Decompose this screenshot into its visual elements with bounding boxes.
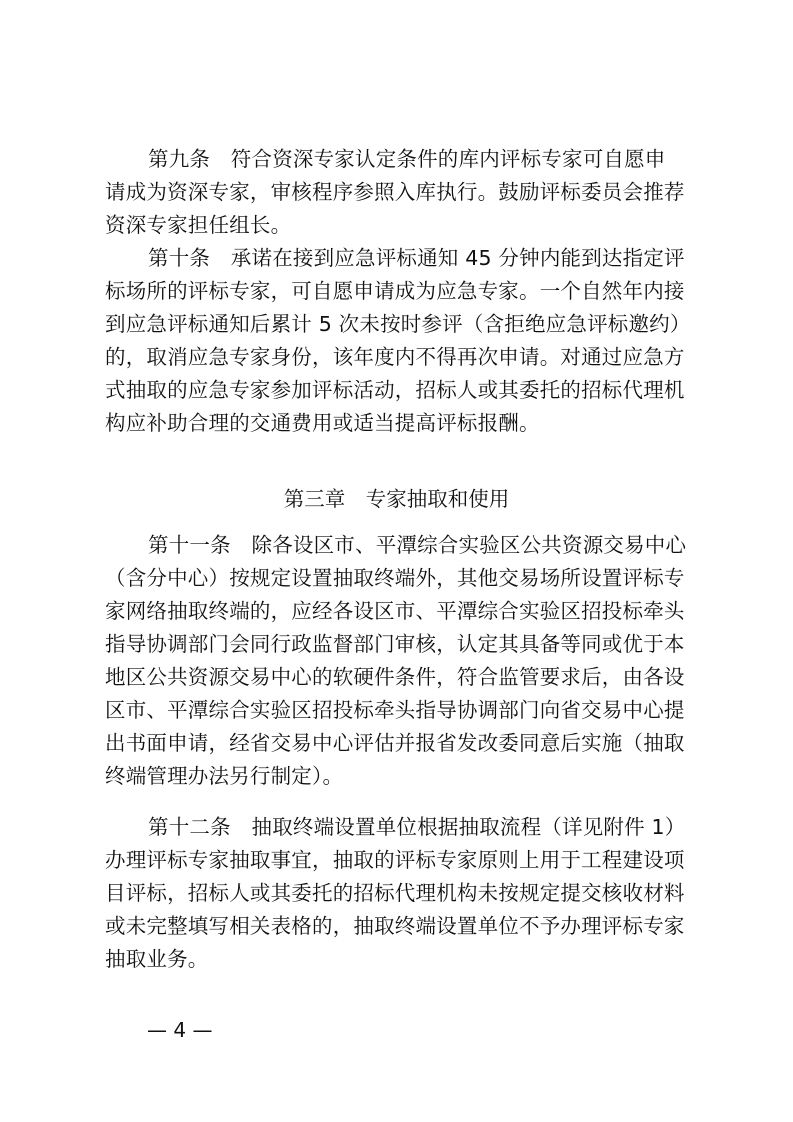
text-line: 地区公共资源交易中心的软硬件条件，符合监管要求后，由各设 xyxy=(105,661,695,694)
text-line: 办理评标专家抽取事宜，抽取的评标专家原则上用于工程建设项 xyxy=(105,844,695,877)
text-line: 资深专家担任组长。 xyxy=(105,209,695,242)
chapter-heading: 第三章 专家抽取和使用 xyxy=(0,483,793,516)
text-line: 家网络抽取终端的，应经各设区市、平潭综合实验区招投标牵头 xyxy=(105,595,695,628)
text-line: （含分中心）按规定设置抽取终端外，其他交易场所设置评标专 xyxy=(105,562,695,595)
text-line: 第十二条 抽取终端设置单位根据抽取流程（详见附件 1） xyxy=(148,811,738,844)
text-line: 第十一条 除各设区市、平潭综合实验区公共资源交易中心 xyxy=(148,529,738,562)
text-line: 指导协调部门会同行政监督部门审核，认定其具备等同或优于本 xyxy=(105,628,695,661)
text-line: 到应急评标通知后累计 5 次未按时参评（含拒绝应急评标邀约） xyxy=(105,308,695,341)
text-line: 终端管理办法另行制定）。 xyxy=(105,760,695,793)
text-line: 目评标，招标人或其委托的招标代理机构未按规定提交核收材料 xyxy=(105,877,695,910)
text-line: 第十条 承诺在接到应急评标通知 45 分钟内能到达指定评 xyxy=(148,242,738,275)
text-line: 抽取业务。 xyxy=(105,943,695,976)
text-line: 的，取消应急专家身份，该年度内不得再次申请。对通过应急方 xyxy=(105,341,695,374)
text-line: 出书面申请，经省交易中心评估并报省发改委同意后实施（抽取 xyxy=(105,727,695,760)
text-line: 第九条 符合资深专家认定条件的库内评标专家可自愿申 xyxy=(148,143,738,176)
document-page: 第九条 符合资深专家认定条件的库内评标专家可自愿申 请成为资深专家，审核程序参照… xyxy=(0,0,793,1122)
text-line: 区市、平潭综合实验区招投标牵头指导协调部门向省交易中心提 xyxy=(105,694,695,727)
text-line: 式抽取的应急专家参加评标活动，招标人或其委托的招标代理机 xyxy=(105,374,695,407)
page-number: — 4 — xyxy=(147,1014,212,1047)
text-line: 构应补助合理的交通费用或适当提高评标报酬。 xyxy=(105,407,695,440)
text-line: 或未完整填写相关表格的，抽取终端设置单位不予办理评标专家 xyxy=(105,910,695,943)
text-line: 标场所的评标专家，可自愿申请成为应急专家。一个自然年内接 xyxy=(105,275,695,308)
text-line: 请成为资深专家，审核程序参照入库执行。鼓励评标委员会推荐 xyxy=(105,176,695,209)
